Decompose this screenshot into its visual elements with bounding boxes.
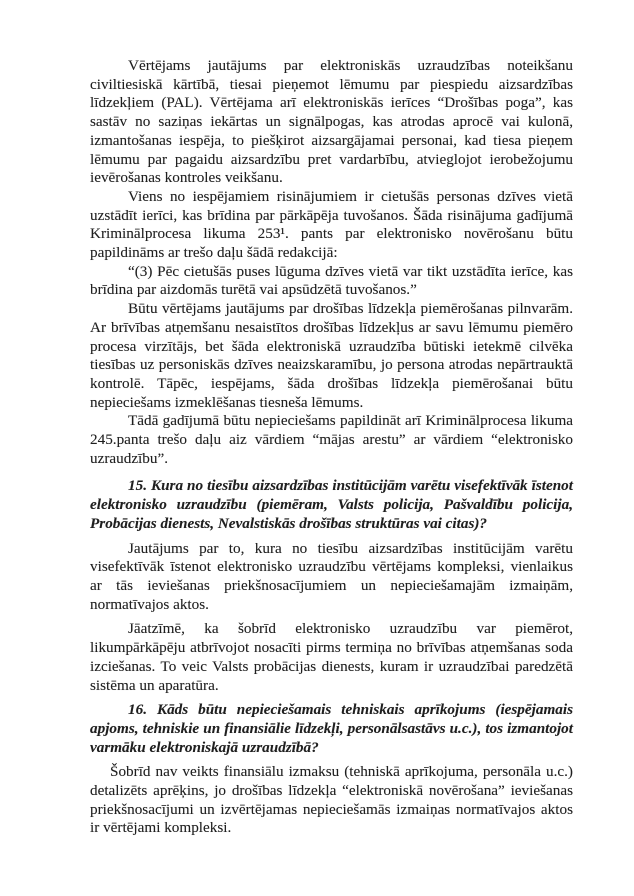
question-16-heading: 16. Kāds būtu nepieciešamais tehniskais … — [90, 701, 573, 757]
body-paragraph-article-245-amendment: Tādā gadījumā būtu nepieciešams papildin… — [90, 412, 573, 468]
body-paragraph-security-measure-powers: Būtu vērtējams jautājums par drošības lī… — [90, 300, 573, 412]
document-page: Vērtējams jautājums par elektroniskās uz… — [0, 0, 634, 896]
body-paragraph-electronic-surveillance-civil: Vērtējams jautājums par elektroniskās uz… — [90, 57, 573, 188]
body-paragraph-cost-estimate: Šobrīd nav veikts finansiālu izmaksu (te… — [90, 763, 573, 838]
document-text-block: Vērtējams jautājums par elektroniskās uz… — [90, 57, 573, 838]
question-15-heading: 15. Kura no tiesību aizsardzības institū… — [90, 477, 573, 533]
body-paragraph-probation-service-note: Jāatzīmē, ka šobrīd elektronisko uzraudz… — [90, 620, 573, 695]
body-paragraph-quoted-amendment: “(3) Pēc cietušās puses lūguma dzīves vi… — [90, 263, 573, 300]
body-paragraph-institutions-assessment: Jautājums par to, kura no tiesību aizsar… — [90, 540, 573, 615]
body-paragraph-solution-device: Viens no iespējamiem risinājumiem ir cie… — [90, 188, 573, 263]
